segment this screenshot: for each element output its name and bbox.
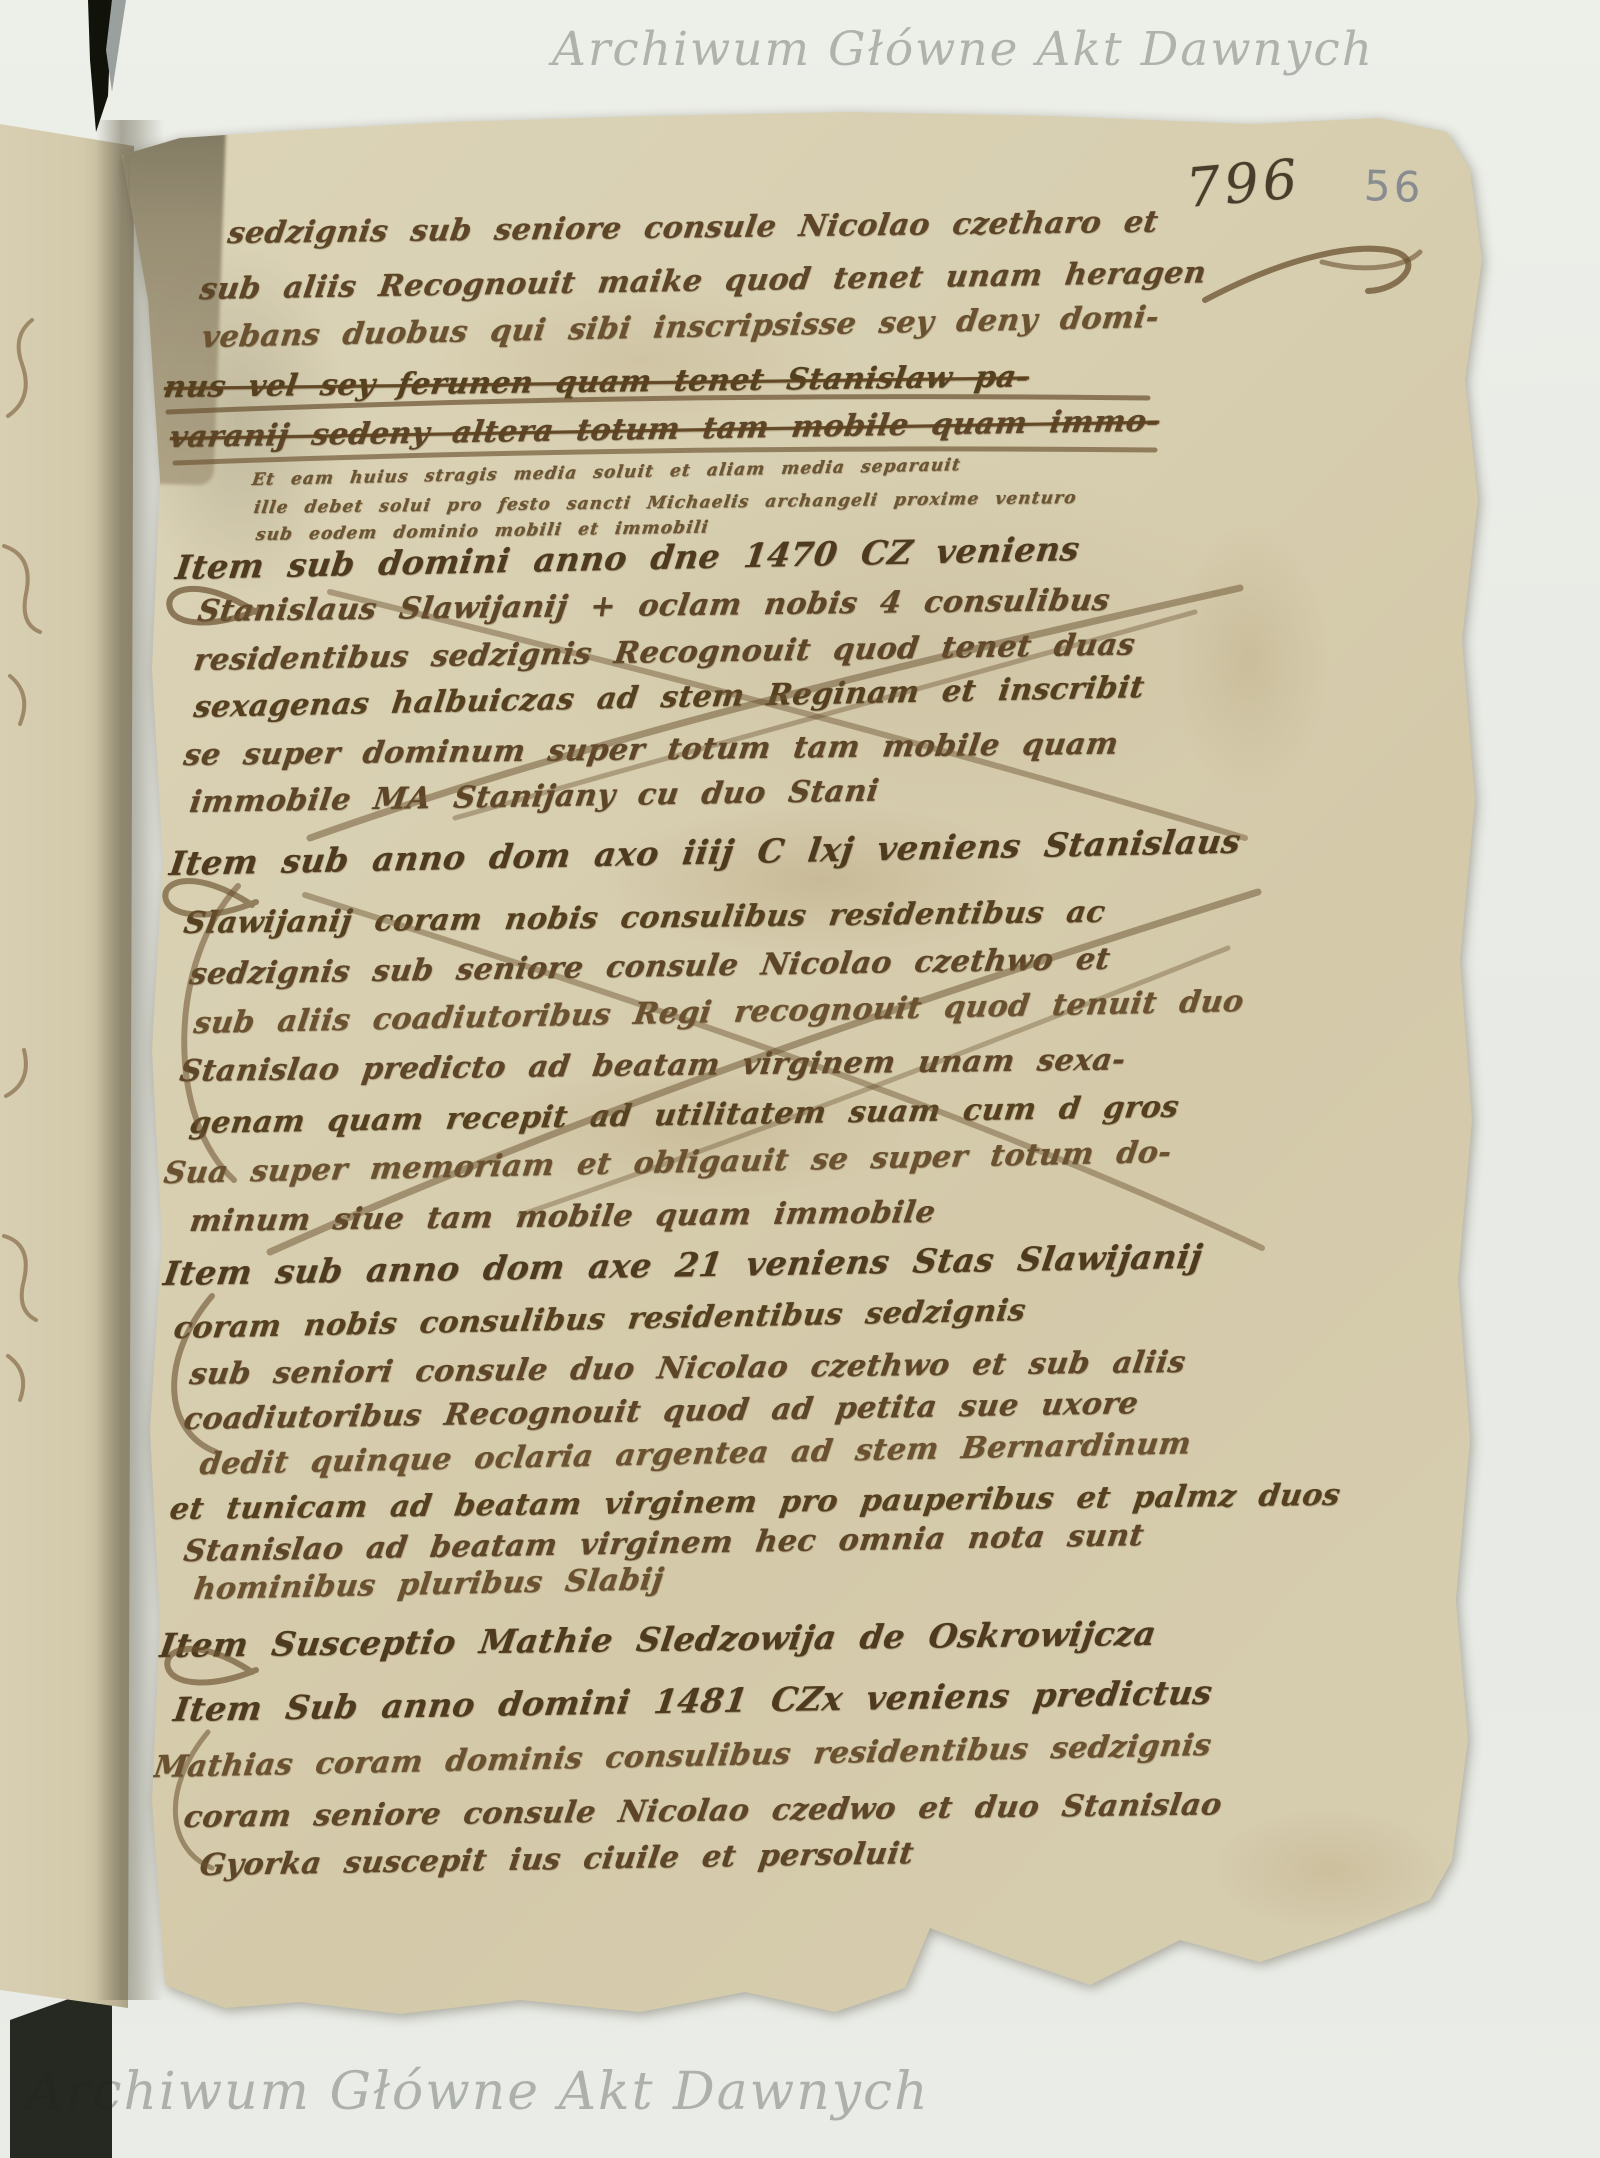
- manuscript-line: immobile MA Stanijany cu duo Stani: [188, 774, 882, 821]
- manuscript-line: Item Susceptio Mathie Sledzowija de Oskr…: [157, 1614, 1159, 1665]
- manuscript-line: residentibus sedzignis Recognouit quod t…: [192, 627, 1138, 678]
- gutter-crease-line: [128, 150, 130, 1980]
- manuscript-line: Stanislaus Slawijanij + oclam nobis 4 co…: [195, 583, 1112, 629]
- manuscript-line: et tunicam ad beatam virginem pro pauper…: [167, 1478, 1342, 1527]
- manuscript-line: hominibus pluribus Slabij: [192, 1562, 666, 1607]
- manuscript-line: coram seniore consule Nicolao czedwo et …: [181, 1787, 1224, 1835]
- manuscript-line: sedzignis sub seniore consule Nicolao cz…: [225, 205, 1160, 251]
- manuscript-line: sedzignis sub seniore consule Nicolao cz…: [188, 942, 1113, 992]
- manuscript-line: Sua super memoriam et obligauit se super…: [162, 1135, 1174, 1191]
- manuscript-line: minum siue tam mobile quam immobile: [187, 1195, 937, 1239]
- manuscript-text: sedzignis sub seniore consule Nicolao cz…: [0, 0, 1600, 2158]
- manuscript-line: nus vel sey ferunen quam tenet Stanislaw…: [161, 359, 1031, 405]
- manuscript-line: se super dominum super totum tam mobile …: [181, 727, 1120, 773]
- manuscript-line: Mathias coram dominis consulibus residen…: [152, 1728, 1214, 1785]
- manuscript-line: sub aliis coadiutoribus Regi recognouit …: [192, 984, 1246, 1041]
- manuscript-line: coram nobis consulibus residentibus sedz…: [172, 1293, 1028, 1346]
- manuscript-line: ille debet solui pro festo sancti Michae…: [253, 488, 1079, 518]
- photo-backdrop: 796 56 sedzignis sub seniore consule Nic…: [0, 0, 1600, 2158]
- manuscript-line: sub seniori consule duo Nicolao czethwo …: [187, 1345, 1188, 1392]
- watermark-top: Archiwum Główne Akt Dawnych: [552, 22, 1374, 77]
- manuscript-line: Item Sub anno domini 1481 CZx veniens pr…: [171, 1673, 1215, 1729]
- manuscript-line: dedit quinque oclaria argentea ad stem B…: [198, 1426, 1194, 1482]
- manuscript-line: vebans duobus qui sibi inscripsisse sey …: [200, 300, 1162, 355]
- manuscript-line: Stanislao predicto ad beatam virginem un…: [177, 1042, 1127, 1089]
- manuscript-line: genam quam recepit ad utilitatem suam cu…: [188, 1090, 1182, 1141]
- manuscript-page: 796 56 sedzignis sub seniore consule Nic…: [0, 0, 1600, 2158]
- manuscript-line: sexagenas halbuiczas ad stem Reginam et …: [192, 670, 1147, 725]
- manuscript-line: Item sub anno dom axo iiij C lxj veniens…: [167, 822, 1243, 884]
- manuscript-page-wrap: 796 56 sedzignis sub seniore consule Nic…: [0, 0, 1600, 2158]
- manuscript-line: sub aliis Recognouit maike quod tenet un…: [198, 255, 1209, 307]
- manuscript-line: varanij sedeny altera totum tam mobile q…: [168, 404, 1162, 455]
- watermark-bottom: Archiwum Główne Akt Dawnych: [26, 2062, 930, 2122]
- manuscript-line: Item sub anno dom axe 21 veniens Stas Sl…: [161, 1237, 1205, 1293]
- manuscript-line: Gyorka suscepit ius ciuile et persoluit: [198, 1836, 917, 1883]
- manuscript-line: Et eam huius stragis media soluit et ali…: [251, 455, 963, 490]
- manuscript-line: Slawijanij coram nobis consulibus reside…: [181, 895, 1107, 941]
